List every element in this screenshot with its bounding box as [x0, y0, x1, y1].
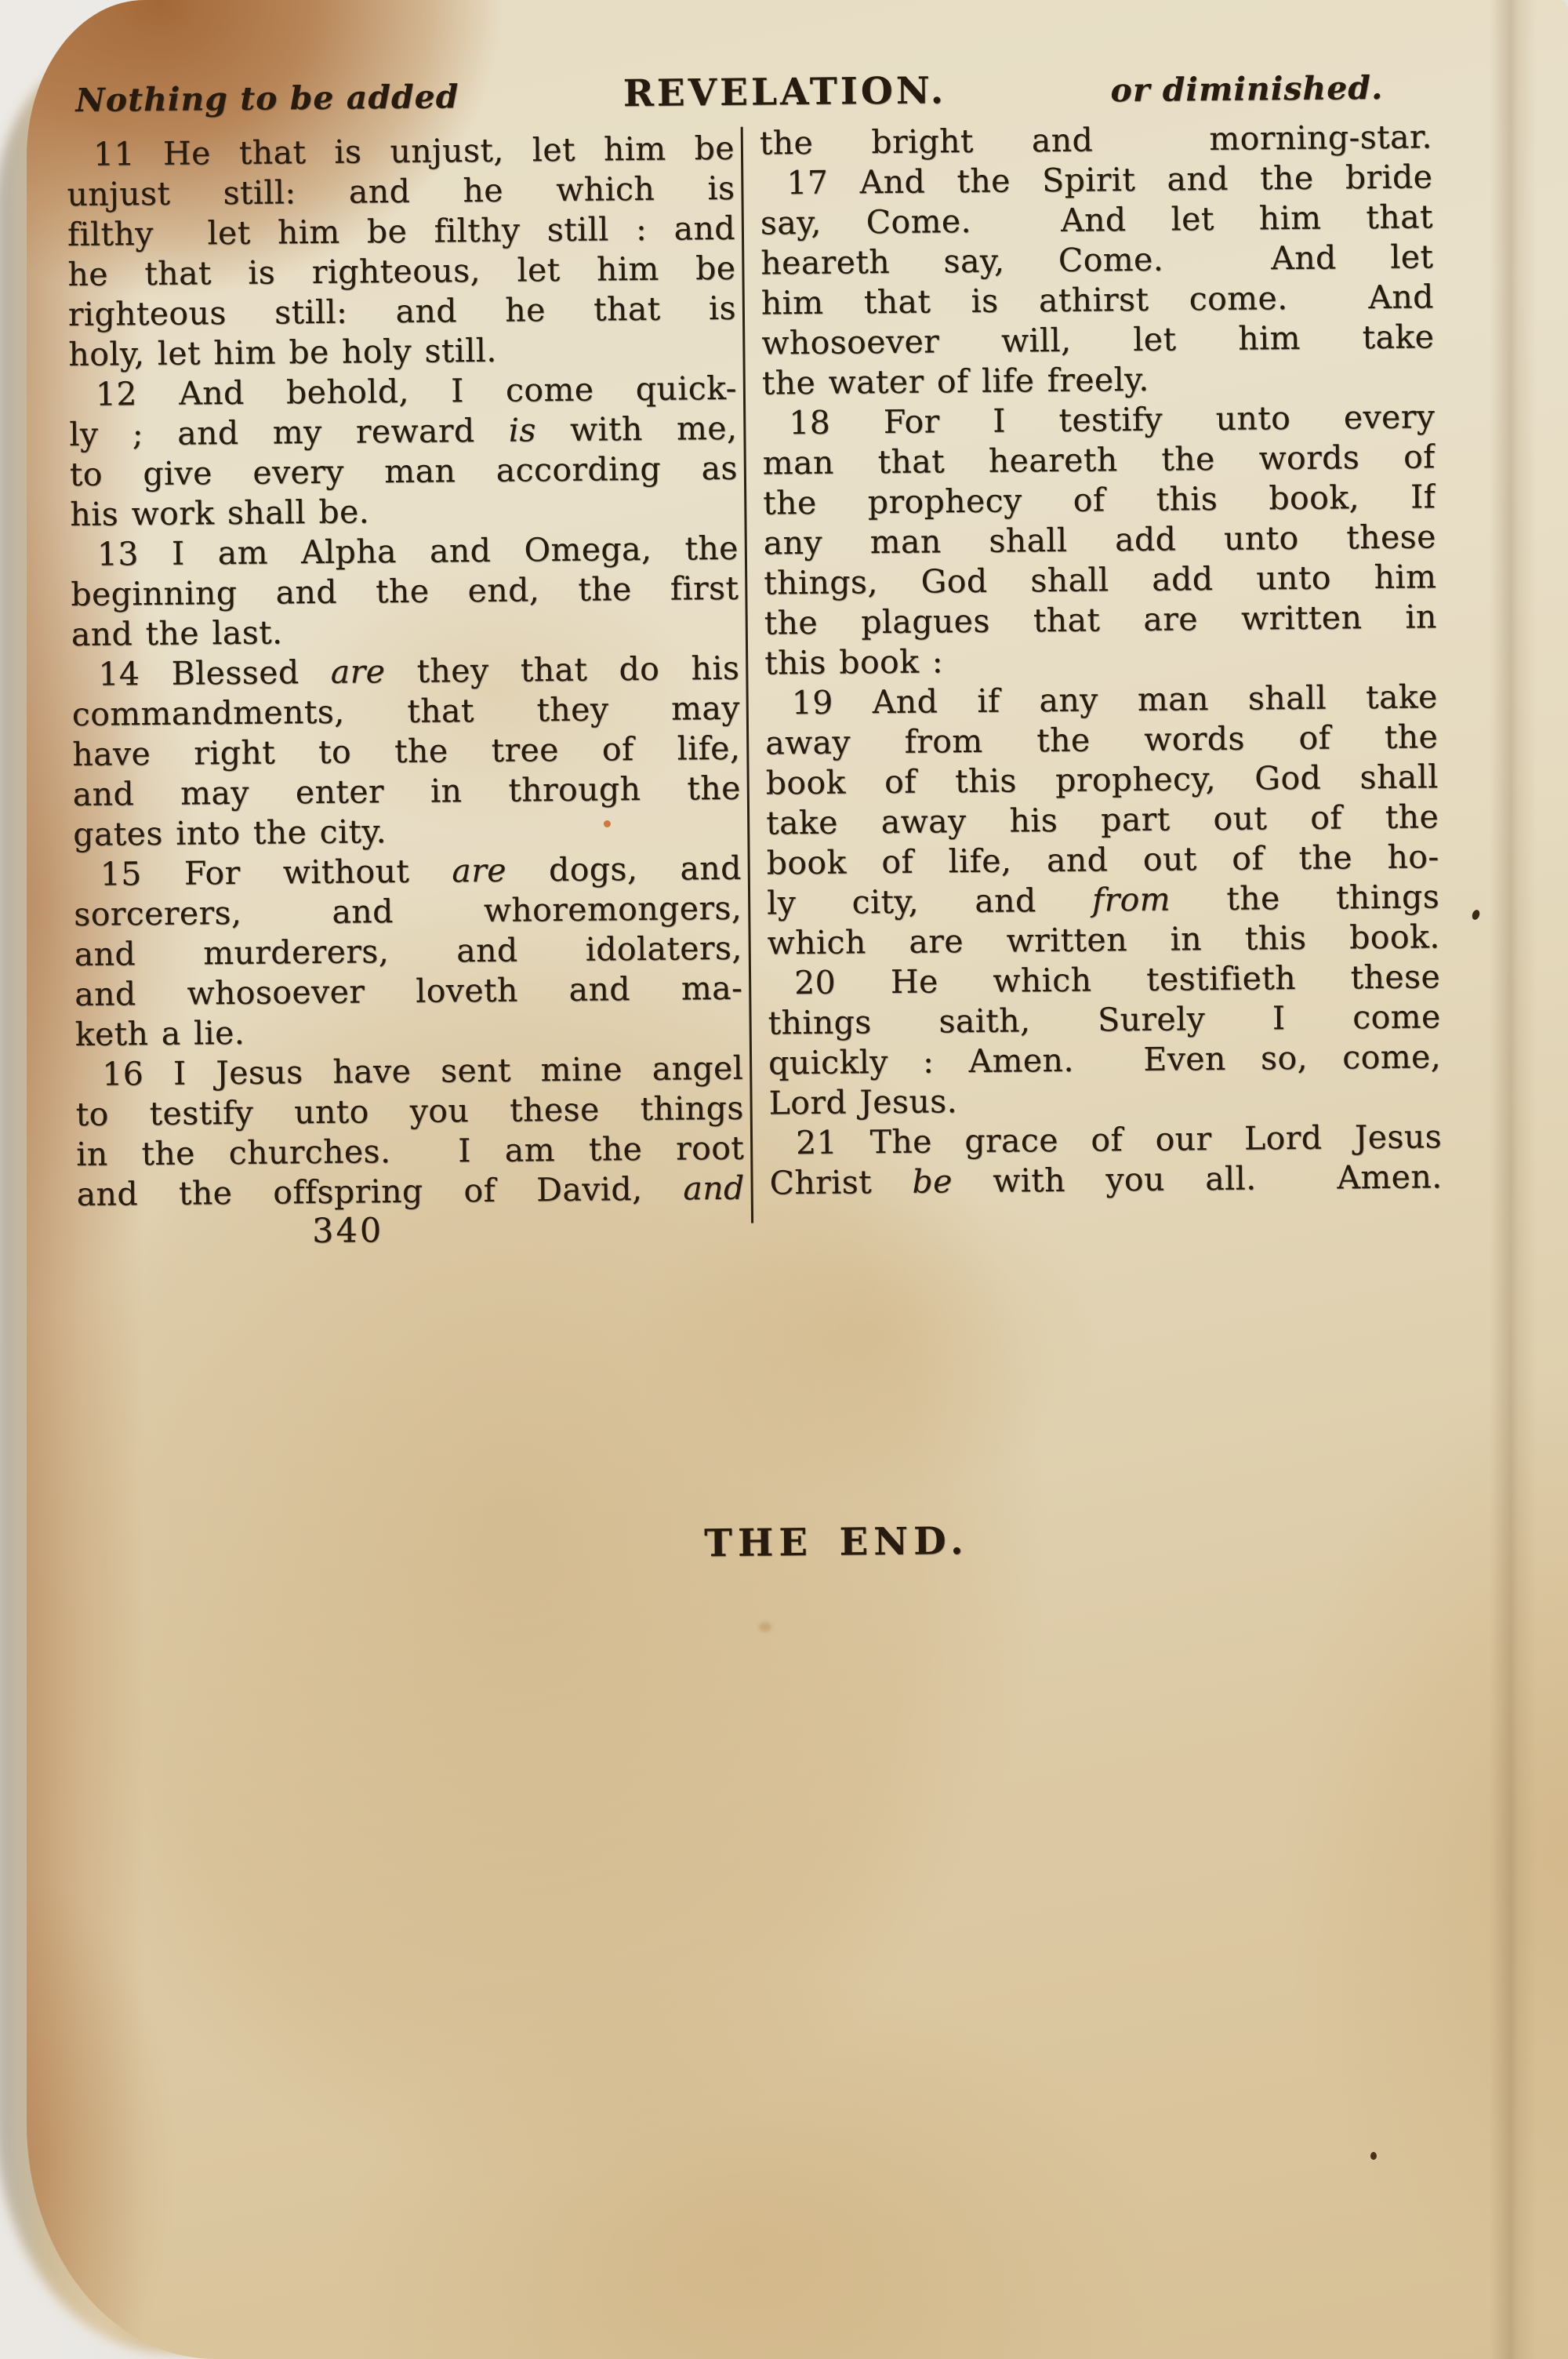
running-header: Nothing to be added REVELATION. or dimin…: [66, 63, 1384, 124]
text-line: 19 And if any man shall take: [764, 677, 1437, 723]
the-end-colophon: THE END.: [80, 1514, 1491, 1572]
text-line: things saith, Surely I come: [768, 997, 1440, 1043]
text-line: to give every man according as: [70, 449, 738, 495]
ink-speck: [1370, 2152, 1377, 2160]
header-right-motto: or diminished.: [1110, 64, 1383, 114]
italic-word: are: [452, 852, 506, 890]
printed-content: Nothing to be added REVELATION. or dimin…: [66, 62, 1490, 1385]
text-line: Lord Jesus.: [768, 1077, 1441, 1123]
text-line: 21 The grace of our Lord Jesus: [769, 1117, 1442, 1163]
text-line: man that heareth the words of: [763, 437, 1436, 483]
page-fold-shadow: [1490, 0, 1537, 2359]
header-left-motto: Nothing to be added: [75, 72, 459, 125]
text-line: ly city, and from the things: [767, 877, 1439, 923]
text-line: ly ; and my reward is with me,: [69, 409, 737, 455]
italic-word: is: [509, 411, 536, 449]
text-line: book of life, and out of the ho-: [766, 837, 1439, 883]
page-number: 340: [312, 1211, 384, 1251]
text-line: this book :: [764, 637, 1437, 683]
text-line: commandments, that they may: [72, 689, 740, 735]
text-line: and may enter in through the: [73, 769, 741, 815]
left-column: 11 He that is unjust, let him beunjust s…: [67, 129, 745, 1215]
italic-word: are: [331, 652, 386, 691]
text-line: keth a lie.: [74, 1009, 742, 1055]
text-line: the water of life freely.: [762, 357, 1435, 403]
text-line: book of this prophecy, God shall: [765, 757, 1438, 803]
text-line: say, Come. And let him that: [760, 197, 1433, 243]
text-line: he that is righteous, let him be: [67, 249, 735, 295]
text-line: the plagues that are written in: [764, 597, 1437, 643]
text-line: the prophecy of this book, If: [763, 477, 1436, 523]
text-line: which are written in this book.: [767, 917, 1439, 963]
text-line: filthy let him be filthy still : and: [67, 209, 735, 255]
text-line: 18 For I testify unto every: [762, 397, 1435, 443]
text-line: and murderers, and idolaters,: [74, 929, 742, 975]
italic-word: and: [683, 1169, 745, 1208]
text-line: 20 He which testifieth these: [768, 957, 1440, 1003]
text-line: 12 And behold, I come quick-: [69, 369, 737, 415]
text-line: Christ be with you all. Amen.: [769, 1157, 1442, 1203]
two-column-text-block: 11 He that is unjust, let him beunjust s…: [67, 117, 1490, 1385]
text-line: him that is athirst come. And: [761, 277, 1434, 323]
text-line: sorcerers, and whoremongers,: [74, 889, 742, 935]
text-line: 13 I am Alpha and Omega, the: [71, 529, 739, 575]
text-line: and whosoever loveth and ma-: [74, 969, 742, 1015]
text-line: holy, let him be holy still.: [68, 329, 736, 375]
bible-page: Nothing to be added REVELATION. or dimin…: [27, 0, 1568, 2359]
text-line: take away his part out of the: [766, 797, 1439, 843]
text-line: quickly : Amen. Even so, come,: [768, 1037, 1441, 1083]
text-line: unjust still: and he which is: [67, 169, 735, 215]
text-line: the bright and morning-star.: [760, 117, 1432, 163]
text-line: and the last.: [71, 609, 739, 655]
text-line: 11 He that is unjust, let him be: [67, 129, 735, 175]
text-line: things, God shall add unto him: [764, 557, 1436, 603]
text-line: beginning and the end, the first: [71, 569, 739, 615]
text-line: heareth say, Come. And let: [760, 237, 1433, 283]
text-line: to testify unto you these things: [75, 1089, 743, 1135]
text-line: righteous still: and he that is: [68, 289, 736, 335]
text-line: gates into the city.: [73, 809, 741, 855]
header-book-title: REVELATION.: [622, 67, 946, 118]
text-line: 15 For without are dogs, and: [74, 849, 742, 895]
text-line: whosoever will, let him take: [761, 317, 1434, 363]
stain-speck: [759, 1622, 771, 1632]
text-line: 17 And the Spirit and the bride: [760, 157, 1432, 203]
text-line: in the churches. I am the root: [76, 1129, 744, 1175]
italic-word: be: [912, 1162, 953, 1200]
text-line: his work shall be.: [70, 489, 738, 535]
text-line: 16 I Jesus have sent mine angel: [75, 1049, 743, 1095]
text-line: away from the words of the: [765, 717, 1438, 763]
text-line: any man shall add unto these: [764, 517, 1436, 563]
text-line: 14 Blessed are they that do his: [71, 649, 739, 695]
text-line: and the offspring of David, and: [76, 1169, 744, 1215]
text-line: have right to the tree of life,: [72, 729, 740, 775]
right-column: the bright and morning-star.17 And the S…: [760, 117, 1443, 1203]
italic-word: from: [1092, 881, 1171, 919]
